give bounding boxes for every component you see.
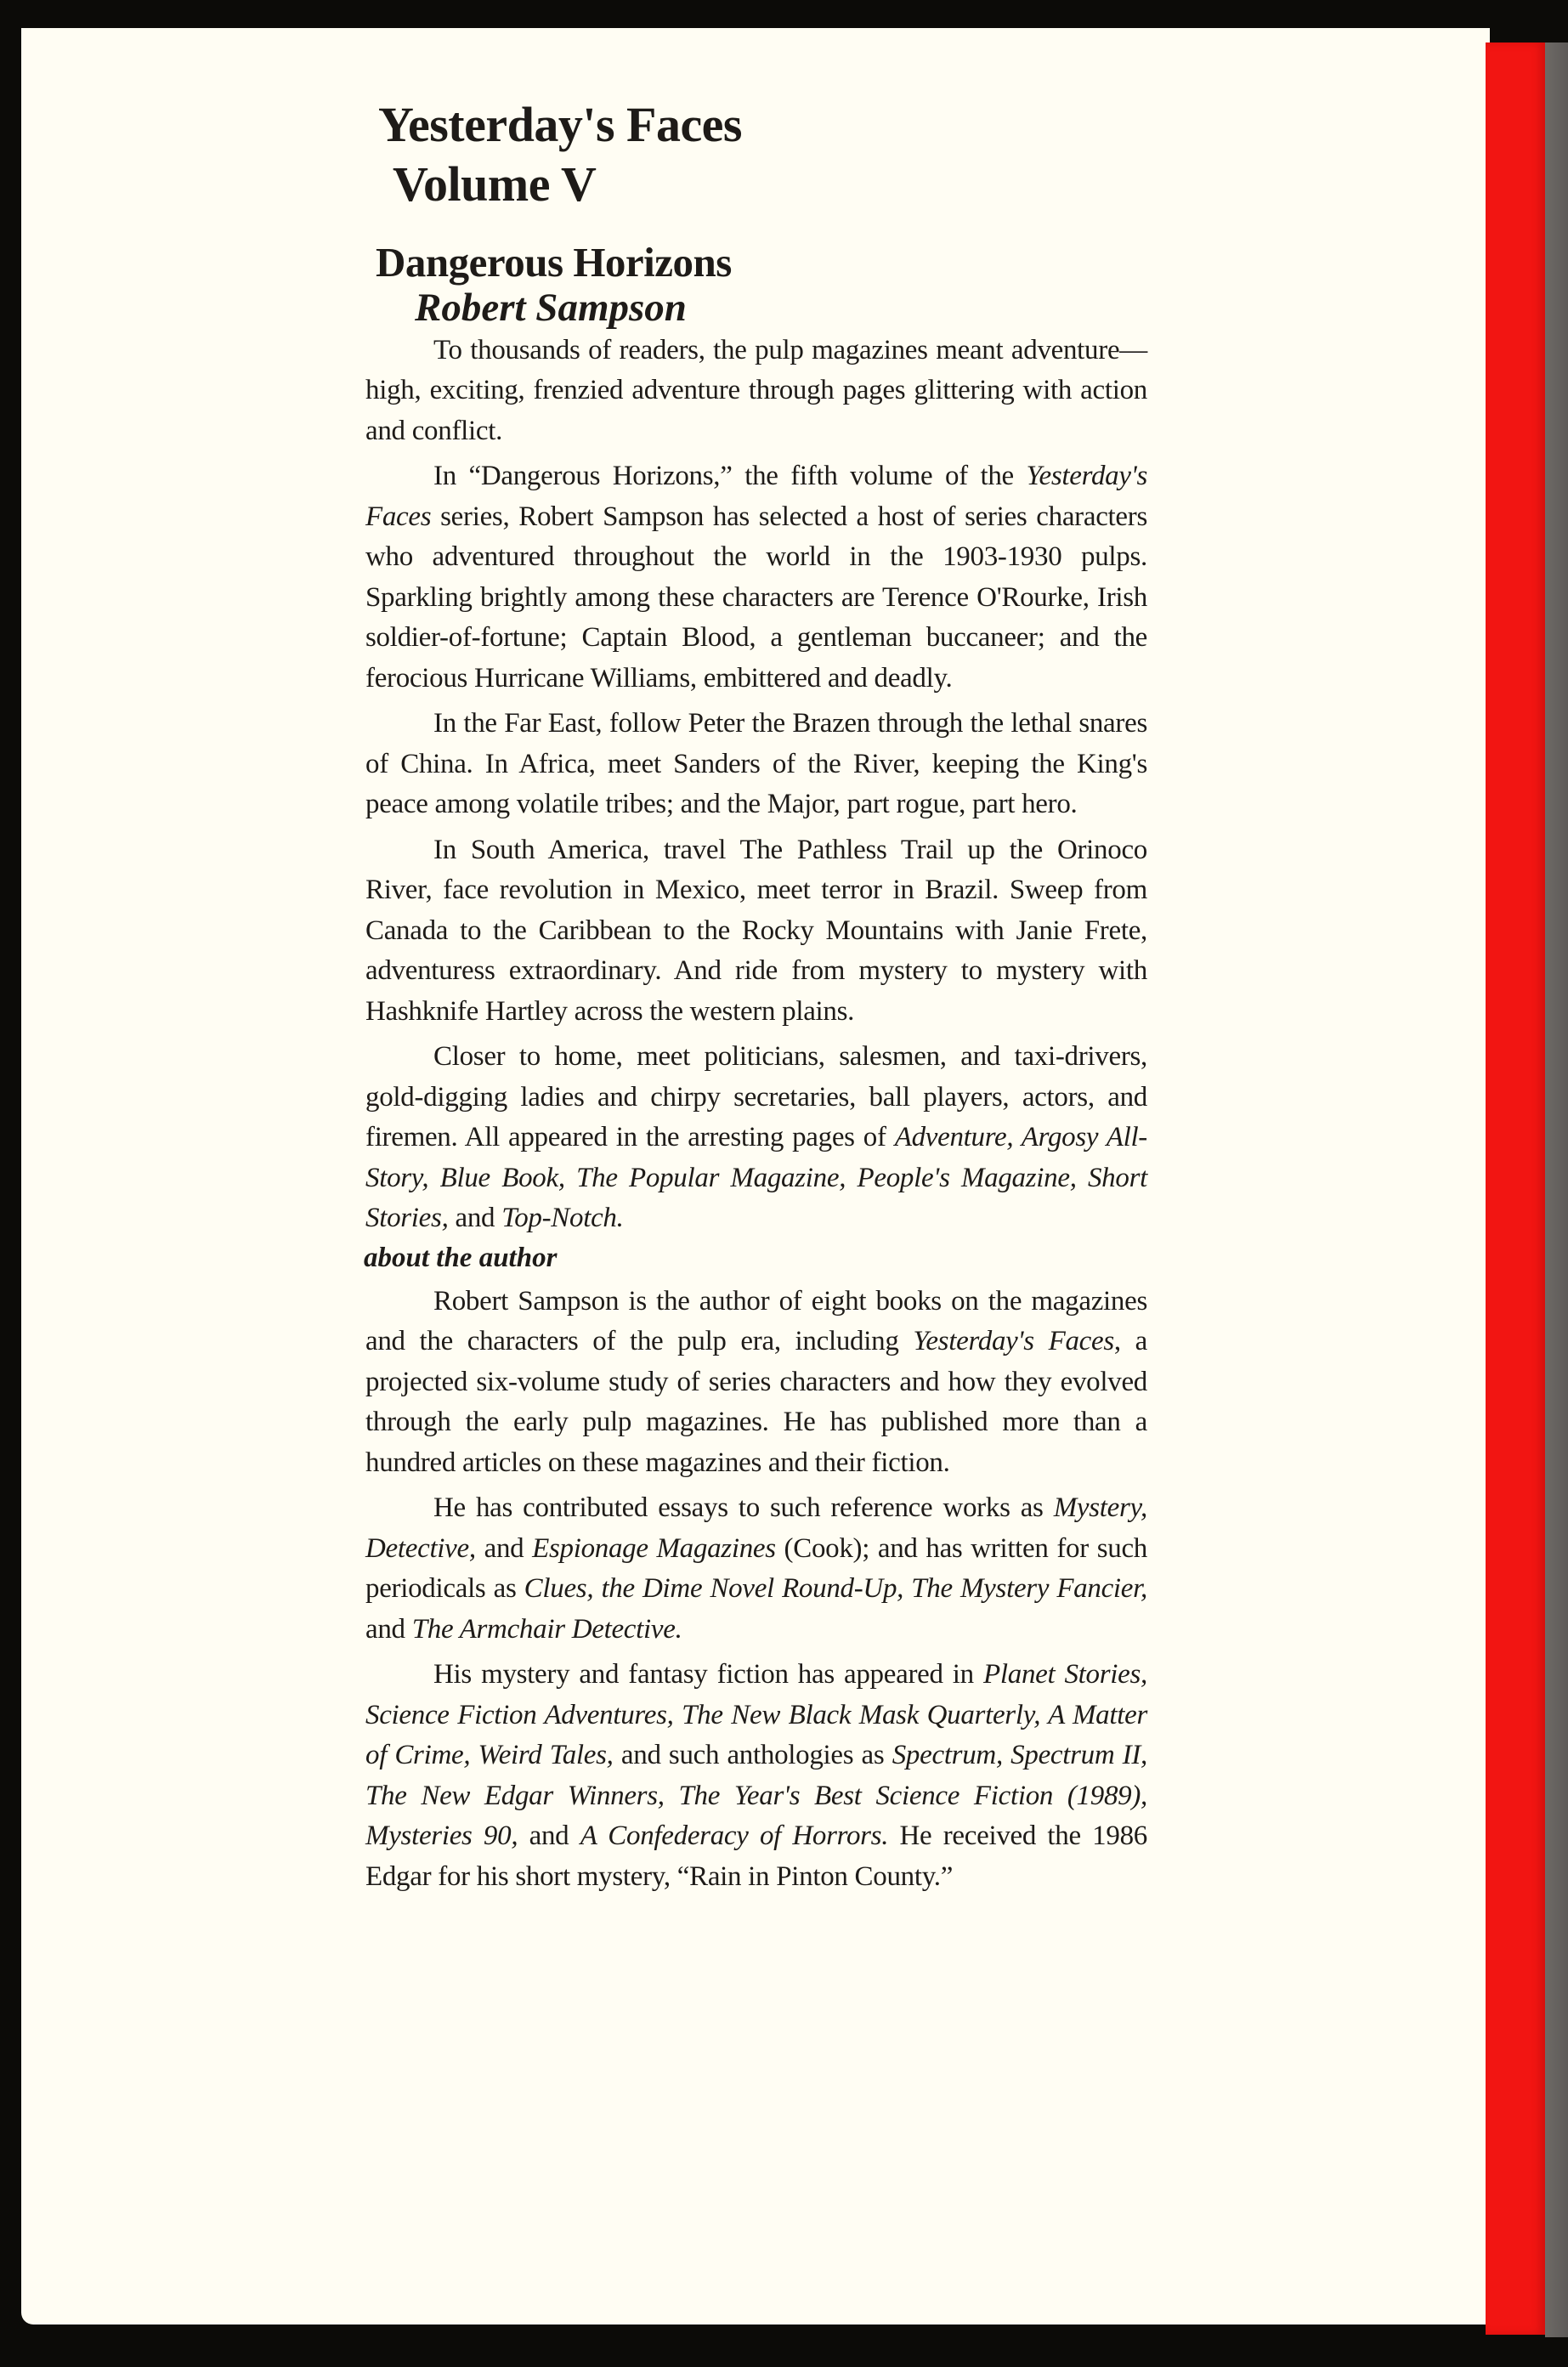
about-author-paragraph: His mystery and fantasy fiction has appe… [365,1655,1147,1897]
scan-background-edge [1545,42,1568,2337]
book-title: Dangerous Horizons [376,241,1147,283]
volume-title: Volume V [393,160,1147,209]
red-spine-strip [1486,42,1545,2335]
series-title: Yesterday's Faces [378,100,1147,150]
about-author-paragraph: He has contributed essays to such refere… [365,1488,1147,1650]
description-paragraph: Closer to home, meet politicians, salesm… [365,1037,1147,1239]
description-paragraph: In “Dangerous Horizons,” the fifth volum… [365,456,1147,699]
description-paragraph: In South America, travel The Pathless Tr… [365,830,1147,1033]
description: To thousands of readers, the pulp magazi… [365,331,1147,1239]
about-author-body: Robert Sampson is the author of eight bo… [365,1282,1147,1898]
description-paragraph: To thousands of readers, the pulp magazi… [365,331,1147,452]
description-paragraph: In the Far East, follow Peter the Brazen… [365,704,1147,825]
about-author-paragraph: Robert Sampson is the author of eight bo… [365,1282,1147,1484]
cover-text-block: Yesterday's Faces Volume V Dangerous Hor… [365,100,1147,1897]
author-name: Robert Sampson [415,286,1147,331]
about-author-heading: about the author [364,1239,1147,1277]
